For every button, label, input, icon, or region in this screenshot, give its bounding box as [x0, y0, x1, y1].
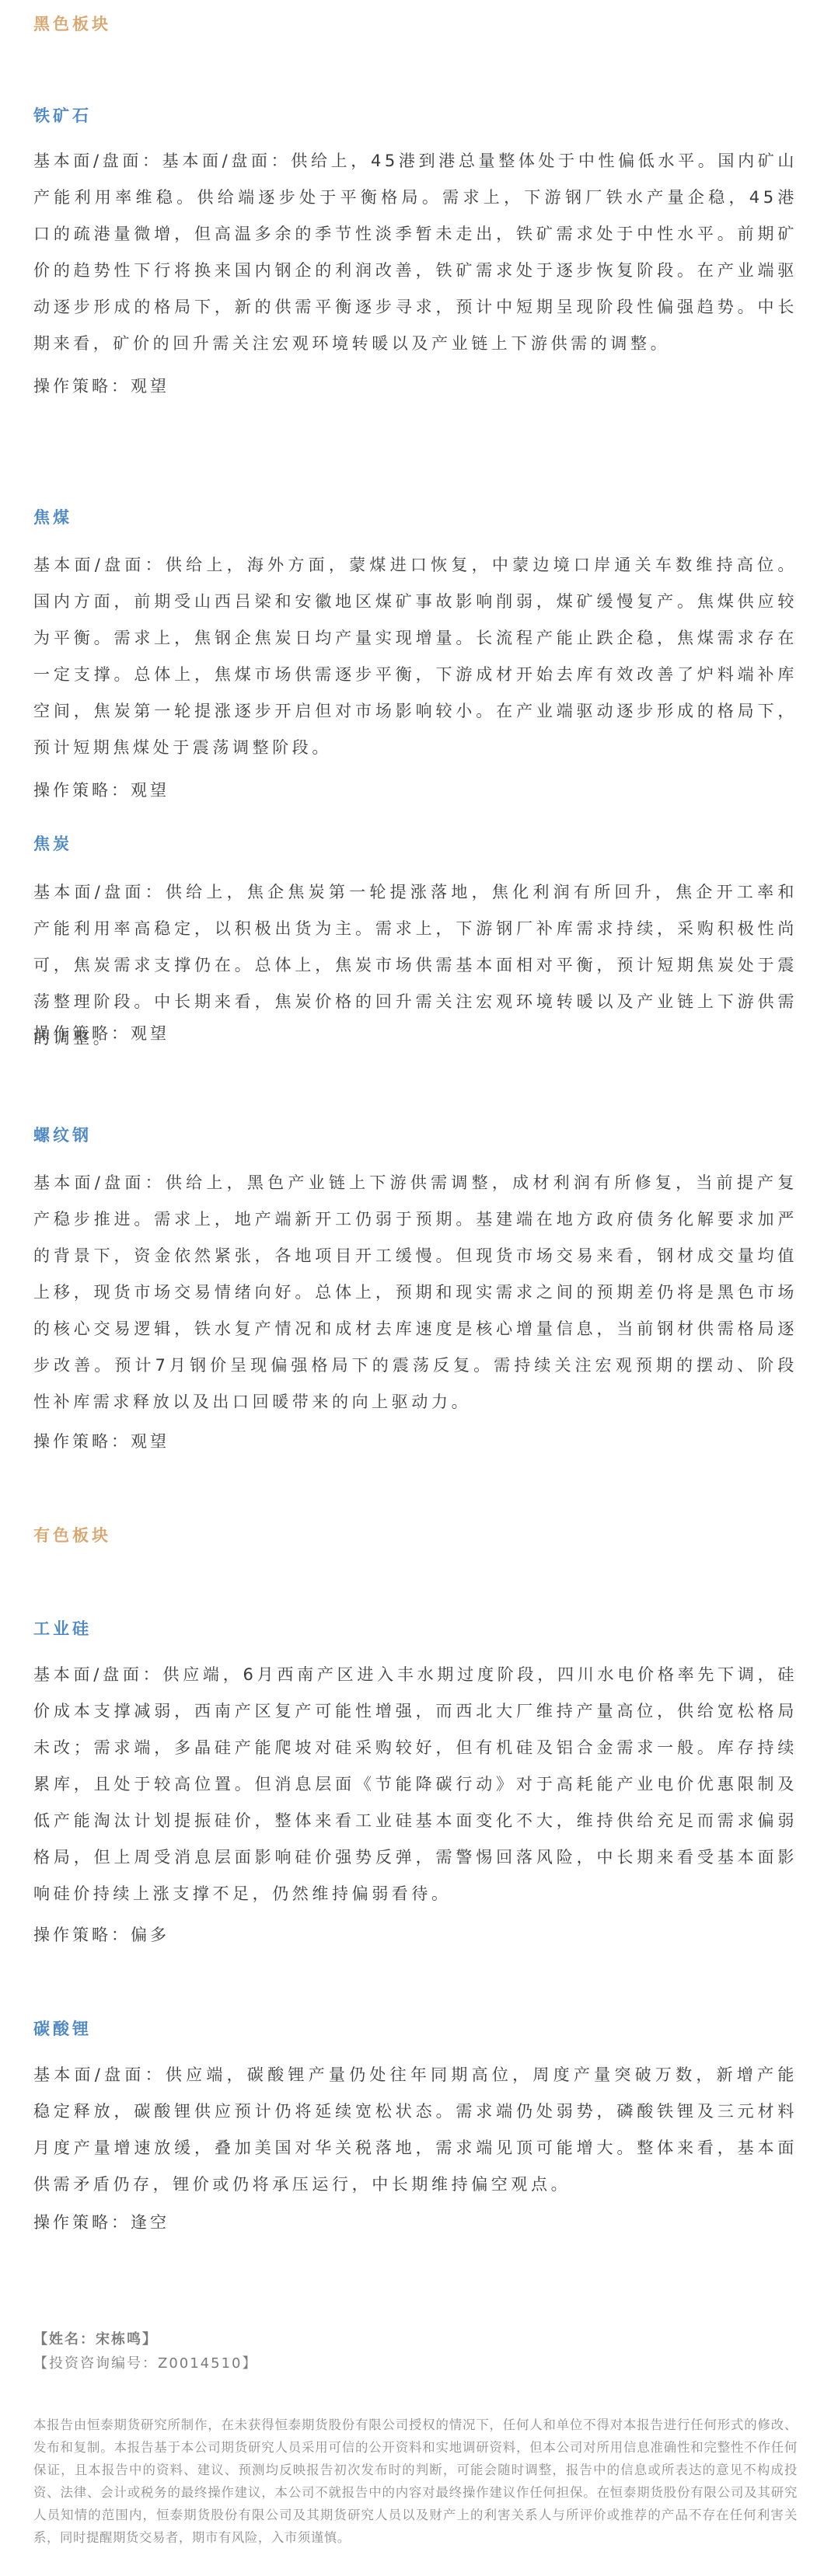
- item-title-lithium-carbonate: 碳酸锂: [33, 2017, 798, 2041]
- item-title-rebar: 螺纹钢: [33, 1124, 798, 1147]
- item-strategy-rebar: 操作策略：观望: [33, 1424, 798, 1460]
- item-strategy-lithium-carbonate: 操作策略：逢空: [33, 2205, 798, 2241]
- disclaimer-text: 本报告由恒泰期货研究所制作，在未获得恒泰期货股份有限公司授权的情况下，任何人和单…: [33, 2414, 798, 2549]
- item-body-industrial-silicon: 基本面/盘面：供应端，6月西南产区进入丰水期过度阶段，四川水电价格率先下调，硅价…: [33, 1657, 798, 1912]
- item-title-iron-ore: 铁矿石: [33, 104, 798, 127]
- author-license-number: 【投资咨询编号：Z0014510】: [33, 2352, 798, 2376]
- item-strategy-coking-coal: 操作策略：观望: [33, 772, 798, 809]
- item-body-lithium-carbonate: 基本面/盘面：供应端，碳酸锂产量仍处往年同期高位，周度产量突破万数，新增产能稳定…: [33, 2057, 798, 2203]
- item-body-iron-ore: 基本面/盘面：基本面/盘面：供给上，45港到港总量整体处于中性偏低水平。国内矿山…: [33, 143, 798, 362]
- item-title-coke: 焦炭: [33, 832, 798, 856]
- section-title-ferrous: 黑色板块: [33, 12, 798, 36]
- item-strategy-iron-ore: 操作策略：观望: [33, 368, 798, 405]
- item-body-rebar: 基本面/盘面：供给上，黑色产业链上下游供需调整，成材利润有所修复，当前提产复产稳…: [33, 1165, 798, 1420]
- item-title-industrial-silicon: 工业硅: [33, 1617, 798, 1640]
- item-title-coking-coal: 焦煤: [33, 506, 798, 529]
- section-title-nonferrous: 有色板块: [33, 1524, 798, 1547]
- item-strategy-industrial-silicon: 操作策略：偏多: [33, 1917, 798, 1954]
- author-name: 【姓名：宋栋鸣】: [33, 2328, 798, 2351]
- item-body-coking-coal: 基本面/盘面：供给上，海外方面，蒙煤进口恢复，中蒙边境口岸通关车数维持高位。国内…: [33, 547, 798, 766]
- item-strategy-coke: 操作策略：观望: [33, 1016, 798, 1052]
